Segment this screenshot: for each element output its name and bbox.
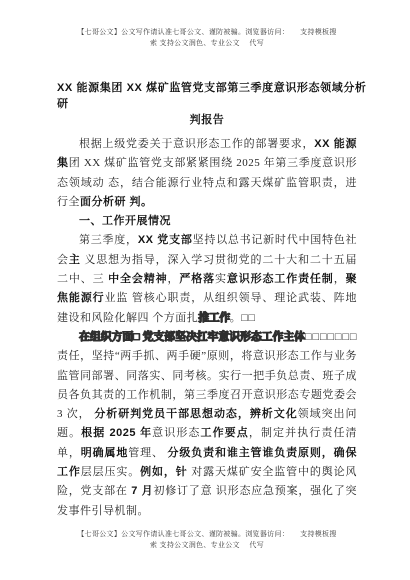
- text-run: 例如，针: [140, 466, 187, 478]
- text-run: 管理、: [128, 447, 167, 459]
- paragraph: 在组织方面□ 党支部坚决扛牢意识形态工作主体□□□□□□□责任，坚持“两手抓、两…: [57, 328, 357, 521]
- document-body: 根据上级党委关于意识形态工作的部署要求，XX 能源集团 XX 煤矿监管党支部紧紧…: [57, 135, 357, 521]
- text-run: 明确属地: [81, 447, 128, 459]
- text-run: 意识形态工作责任制: [227, 273, 334, 285]
- text-run: 工作要点: [201, 427, 249, 439]
- text-run: 主: [69, 254, 81, 266]
- glitched-text-run: 推工作: [198, 312, 230, 324]
- title-line-3: 判报告: [57, 112, 357, 128]
- watermark-footer-line-2: 索 支持公文润色、专业公文 代写: [57, 540, 357, 551]
- text-run: 分析研判党员干部思想动态，辨析文化: [94, 408, 297, 420]
- text-run: ，: [334, 273, 346, 285]
- document-title: XX 能源集团 XX 煤矿监管党支部第三季度意识形态领域分析 研 判报告: [57, 80, 357, 128]
- text-run: 意识形态: [152, 427, 200, 439]
- text-run: □□□□□□□: [305, 331, 357, 343]
- text-run: 中全会精神: [108, 273, 167, 285]
- section-heading: 一、工作开展情况: [57, 212, 357, 231]
- text-run: 实: [215, 273, 227, 285]
- text-run: 一、工作开展情况: [79, 215, 171, 227]
- watermark-header-line-1: 【七哥公文】公文写作请认准七哥公文、谨防被骗。浏览器访问： 支持模板搜: [57, 27, 357, 38]
- text-run: 7 月: [131, 485, 153, 497]
- text-run: XX 党支部: [138, 234, 193, 246]
- paragraph: 第三季度，XX 党支部坚持以总书记新时代中国特色社会主 义思想为指导，深入学习贯…: [57, 231, 357, 327]
- text-run: 严格落: [179, 273, 215, 285]
- document-page: 【七哥公文】公文写作请认准七哥公文、谨防被骗。浏览器访问： 支持模板搜 索 支持…: [0, 0, 410, 580]
- glitched-text-run: 在组织方面□ 党支部坚决扛牢意识形态工作主体: [79, 331, 305, 343]
- text-run: 根据上级党委关于意识形态工作的部署要求，: [79, 138, 314, 150]
- text-run: 第三季度，: [79, 234, 138, 246]
- title-line-1: XX 能源集团 XX 煤矿监管党支部第三季度意识形态领域分析: [57, 80, 357, 96]
- text-run: 。□□: [230, 312, 256, 324]
- text-run: 面分析研 判。: [80, 196, 153, 208]
- paragraph: 根据上级党委关于意识形态工作的部署要求，XX 能源集团 XX 煤矿监管党支部紧紧…: [57, 135, 357, 212]
- text-run: ，: [167, 273, 179, 285]
- text-run: 层层压实。: [81, 466, 140, 478]
- title-line-2: 研: [57, 96, 357, 112]
- watermark-footer-line-1: 【七哥公文】公文写作请认准七哥公文、谨防被骗。浏览器访问： 支持模板搜: [57, 529, 357, 540]
- text-run: 根据 2025 年: [81, 427, 152, 439]
- watermark-header-line-2: 索 支持公文润色、专业公文 代写: [57, 38, 357, 49]
- watermark-header: 【七哥公文】公文写作请认准七哥公文、谨防被骗。浏览器访问： 支持模板搜 索 支持…: [57, 27, 357, 49]
- watermark-footer: 【七哥公文】公文写作请认准七哥公文、谨防被骗。浏览器访问： 支持模板搜 索 支持…: [57, 529, 357, 551]
